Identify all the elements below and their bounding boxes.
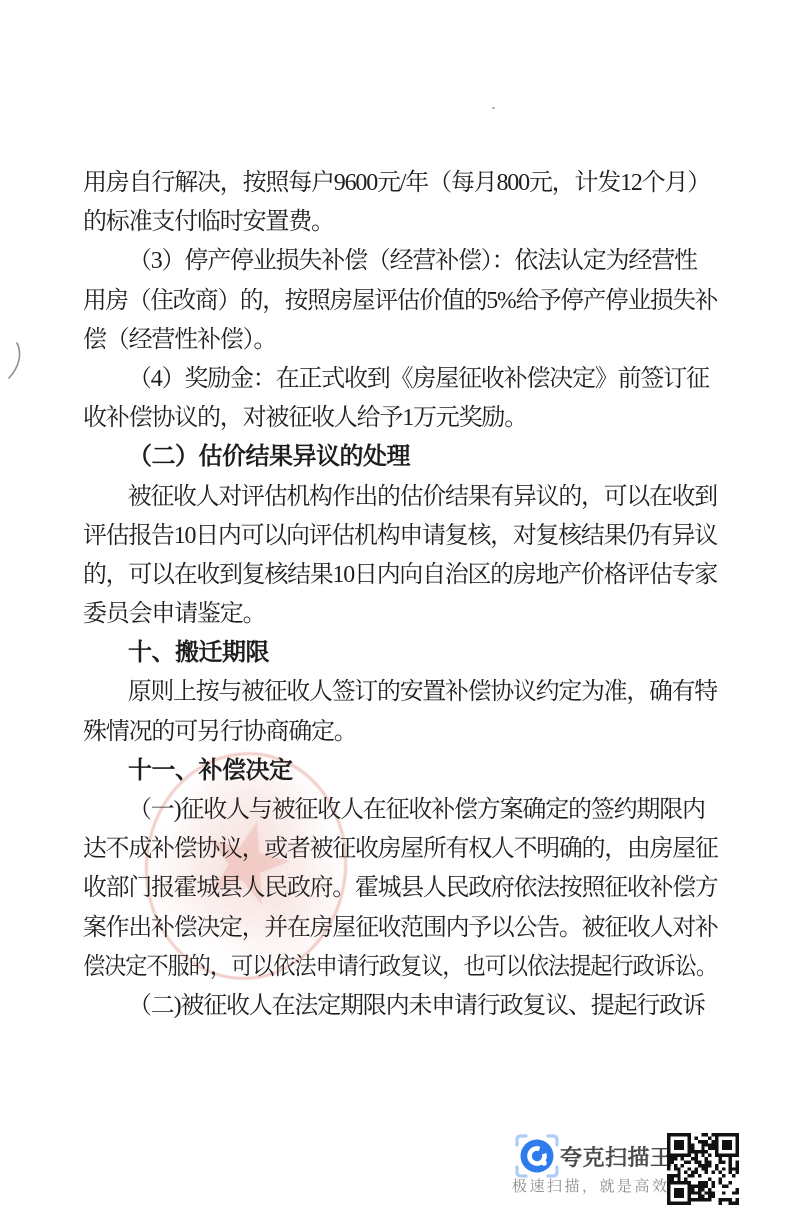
document-line: （一)征收人与被征收人在征收补偿方案确定的签约期限内: [83, 791, 715, 830]
document-line: 的标准支付临时安置费。: [83, 203, 715, 242]
document-line: 收部门报霍城县人民政府。霍城县人民政府依法按照征收补偿方: [83, 869, 711, 908]
document-line: （二)被征收人在法定期限内未申请行政复议、提起行政诉: [83, 987, 715, 1026]
document-line: 用房（住改商）的，按照房屋评估价值的5%给予停产停业损失补: [83, 282, 704, 321]
document-line: 原则上按与被征收人签订的安置补偿协议约定为准，确有特: [83, 673, 711, 712]
document-body: 用房自行解决，按照每户9600元/年（每月800元，计发12个月）的标准支付临时…: [83, 164, 715, 1026]
quark-scanner-logo-icon: [514, 1133, 560, 1179]
document-line: 偿（经营性补偿）。: [83, 321, 715, 360]
document-line: 的，可以在收到复核结果10日内向自治区的房地产价格评估专家: [83, 556, 712, 595]
document-line: 案作出补偿决定，并在房屋征收范围内予以公告。被征收人对补: [83, 909, 711, 948]
document-line: 被征收人对评估机构作出的估价结果有异议的，可以在收到: [83, 478, 711, 517]
document-line: 委员会申请鉴定。: [83, 595, 715, 634]
scanner-watermark: 夸克扫描王 极速扫描，就是高效: [0, 1128, 793, 1209]
qr-code: [667, 1133, 739, 1205]
document-line: 十一、补偿决定: [83, 752, 715, 791]
document-line: 殊情况的可另行协商确定。: [83, 713, 715, 752]
scanner-brand-name: 夸克扫描王: [560, 1141, 673, 1172]
scanner-tagline: 极速扫描，就是高效: [512, 1175, 670, 1196]
document-line: 偿决定不服的，可以依法申请行政复议，也可以依法提起行政诉讼。: [83, 948, 669, 987]
document-line: 用房自行解决，按照每户9600元/年（每月800元，计发12个月）: [83, 164, 715, 203]
scan-speck-artifact: [492, 107, 495, 109]
document-line: 十、搬迁期限: [83, 634, 715, 673]
document-line: 评估报告10日内可以向评估机构申请复核，对复核结果仍有异议: [83, 517, 712, 556]
document-line: 收补偿协议的，对被征收人给予1万元奖励。: [83, 399, 715, 438]
document-line: （二）估价结果异议的处理: [83, 438, 715, 477]
document-line: （4）奖励金：在正式收到《房屋征收补偿决定》前签订征: [83, 360, 715, 399]
document-line: 达不成补偿协议，或者被征收房屋所有权人不明确的，由房屋征: [83, 830, 711, 869]
scan-edge-arc-artifact: [4, 340, 24, 382]
scanned-document-page: ★ 用房自行解决，按照每户9600元/年（每月800元，计发12个月）的标准支付…: [0, 0, 793, 1209]
document-line: （3）停产停业损失补偿（经营补偿）：依法认定为经营性: [83, 242, 715, 281]
